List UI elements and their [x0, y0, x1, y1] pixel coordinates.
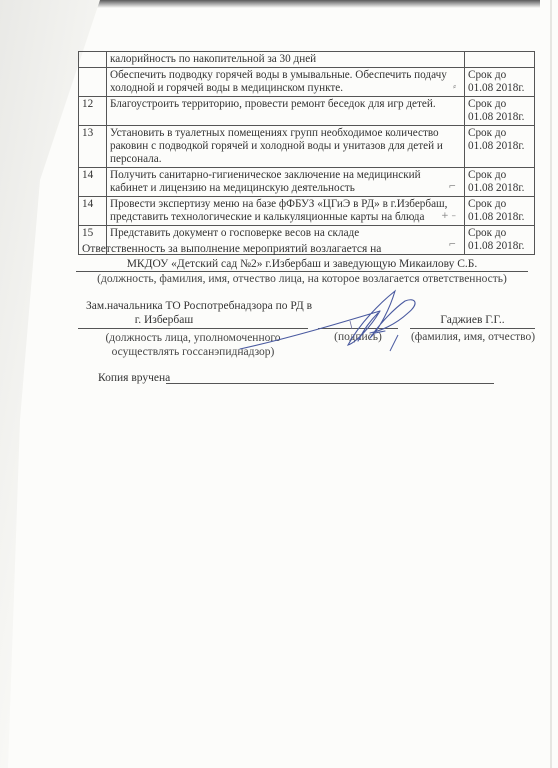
task-text: Обеспечить подводку горячей воды в умыва… [110, 69, 447, 94]
responsibility-intro: Ответственность за выполнение мероприяти… [82, 243, 381, 255]
row-number: 12 [79, 97, 107, 126]
row-task: калорийность по накопительной за 30 дней [107, 52, 465, 68]
row-deadline: Срок до 01.08 2018г. [465, 197, 535, 226]
row-deadline: Срок до 01.08 2018г. [465, 168, 535, 197]
task-text: Получить санитарно-гигиеническое заключе… [110, 169, 421, 194]
row-task: Обеспечить подводку горячей воды в умыва… [107, 68, 465, 97]
signatory-city: г. Избербаш [84, 314, 244, 326]
table-row: калорийность по накопительной за 30 дней [79, 52, 535, 68]
row-deadline [465, 52, 535, 68]
row-deadline: Срок до 01.08 2018г. [465, 226, 535, 255]
row-number: 13 [79, 126, 107, 168]
responsibility-assignee: МКДОУ «Детский сад №2» г.Избербаш и заве… [76, 258, 528, 272]
handwritten-signature-icon [230, 283, 430, 353]
row-task: Установить в туалетных помещениях групп … [107, 126, 465, 168]
row-number: 14 [79, 168, 107, 197]
row-deadline: Срок до 01.08 2018г. [465, 97, 535, 126]
task-text: Благоустроить территорию, провести ремон… [110, 98, 436, 110]
task-text: Представить документ о госповерке весов … [110, 227, 359, 239]
copy-received-line [166, 383, 494, 384]
row-deadline: Срок до 01.08 2018г. [465, 68, 535, 97]
handwritten-check-icon: ⸗ [453, 81, 456, 94]
task-text: калорийность по накопительной за 30 дней [110, 53, 316, 65]
row-number: 14 [79, 197, 107, 226]
row-task: Провести экспертизу меню на базе фФБУЗ «… [107, 197, 465, 226]
task-text: Провести экспертизу меню на базе фФБУЗ «… [110, 198, 447, 223]
handwritten-check-icon: ⌐ [448, 181, 456, 194]
document-page: калорийность по накопительной за 30 дней… [0, 0, 558, 768]
row-task: Получить санитарно-гигиеническое заключе… [107, 168, 465, 197]
task-text: Установить в туалетных помещениях групп … [110, 127, 443, 165]
table-row: 13Установить в туалетных помещениях груп… [79, 126, 535, 168]
handwritten-check-icon: + – [441, 210, 456, 223]
table-row: 14Получить санитарно-гигиеническое заклю… [79, 168, 535, 197]
table-row: 12Благоустроить территорию, провести рем… [79, 97, 535, 126]
table-row: Обеспечить подводку горячей воды в умыва… [79, 68, 535, 97]
measures-table: калорийность по накопительной за 30 дней… [78, 51, 535, 255]
handwritten-check-icon: ⌐ [448, 239, 456, 252]
table-row: 14Провести экспертизу меню на базе фФБУЗ… [79, 197, 535, 226]
row-number [79, 68, 107, 97]
row-deadline: Срок до 01.08 2018г. [465, 126, 535, 168]
row-number [79, 52, 107, 68]
copy-received-label: Копия вручена [98, 372, 170, 384]
row-task: Благоустроить территорию, провести ремон… [107, 97, 465, 126]
